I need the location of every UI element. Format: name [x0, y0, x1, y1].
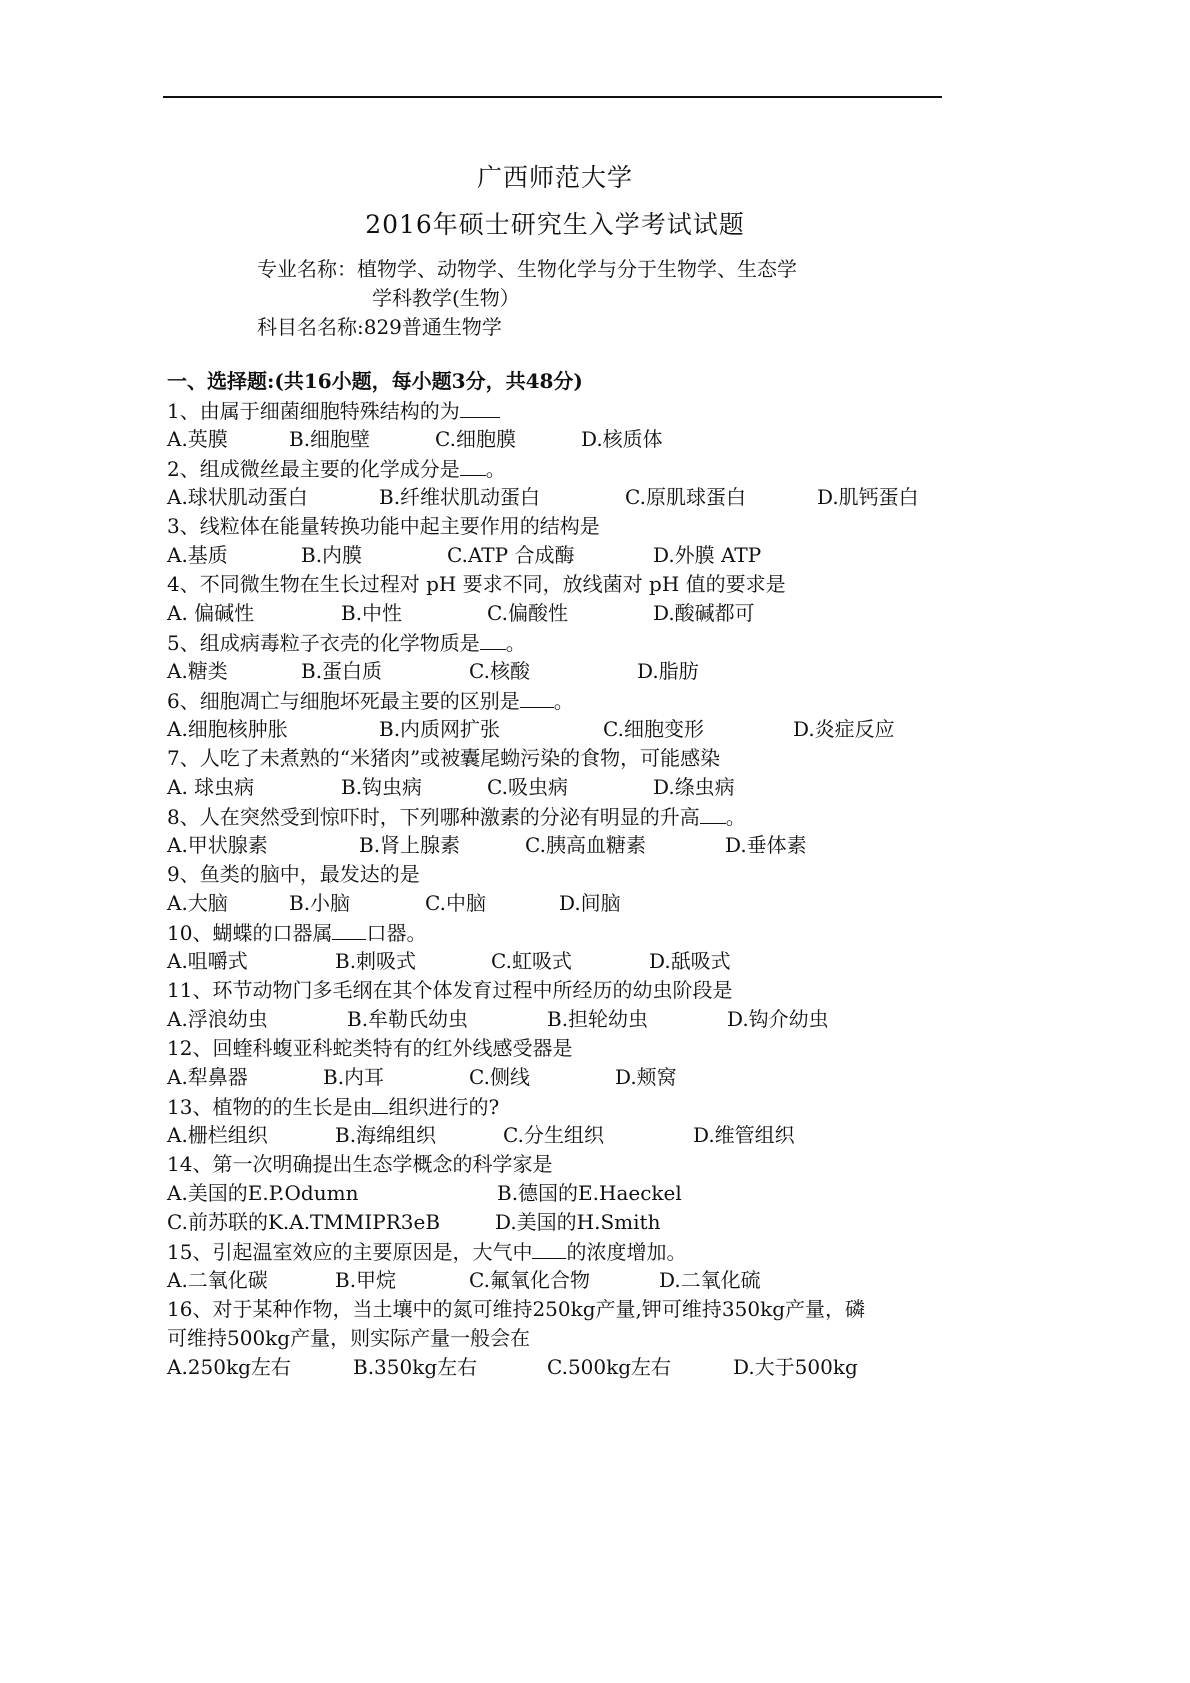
option-c: B.担轮幼虫 [547, 1006, 648, 1032]
option-b: B.肾上腺素 [359, 832, 460, 858]
option-a: A.二氧化碳 [167, 1267, 268, 1293]
question-stem: 16、对于某种作物，当土壤中的氮可维持250kg产量,钾可维持350kg产量，磷 [167, 1296, 865, 1322]
question-stem: 3、线粒体在能量转换功能中起主要作用的结构是 [167, 513, 600, 539]
question-text: 10、蝴蝶的口器属 [167, 921, 332, 945]
question-tail: 口器。 [366, 921, 426, 945]
question-stem: 5、组成病毒粒子衣壳的化学物质是。 [167, 629, 526, 655]
option-d: D.核质体 [581, 426, 663, 452]
answer-blank [700, 803, 726, 824]
question-tail: 的浓度增加。 [566, 1240, 686, 1264]
option-a: A. 球虫病 [167, 774, 254, 800]
option-d: D.垂体素 [725, 832, 807, 858]
option-b: B.纤维状肌动蛋白 [379, 484, 540, 510]
option-b: B.内膜 [301, 542, 362, 568]
option-d: D.美国的H.Smith [495, 1209, 660, 1235]
question-text: 16、对于某种作物，当土壤中的氮可维持250kg产量,钾可维持350kg产量，磷 [167, 1297, 865, 1321]
question-stem: 10、蝴蝶的口器属口器。 [167, 919, 426, 945]
question-stem: 12、回蝰科蝮亚科蛇类特有的红外线感受器是 [167, 1035, 572, 1061]
option-c: C.氟氧化合物 [469, 1267, 590, 1293]
option-b: B.蛋白质 [301, 658, 382, 684]
major-name: 专业名称：植物学、动物学、生物化学与分于生物学、生态学 [257, 253, 797, 282]
question-tail: 组织进行的? [388, 1095, 499, 1119]
question-stem: 2、组成微丝最主要的化学成分是。 [167, 455, 506, 481]
option-b: B.牟勒氏幼虫 [347, 1006, 468, 1032]
university-name: 广西师范大学 [0, 158, 1110, 194]
option-d: D.钩介幼虫 [727, 1006, 829, 1032]
option-a: A.球状肌动蛋白 [167, 484, 308, 510]
option-a: A.英膜 [167, 426, 228, 452]
option-d: D.脂肪 [637, 658, 699, 684]
option-a: A.美国的E.P.Odumn [167, 1180, 358, 1206]
option-d: D.外膜 ATP [653, 542, 761, 568]
option-c: C.细胞变形 [603, 716, 704, 742]
option-b: B.钩虫病 [341, 774, 422, 800]
question-tail: 。 [554, 689, 574, 713]
option-b: B.甲烷 [335, 1267, 396, 1293]
option-b: B.德国的E.Haeckel [497, 1180, 682, 1206]
option-d: D.维管组织 [693, 1122, 795, 1148]
question-tail: 。 [486, 457, 506, 481]
question-text: 6、细胞凋亡与细胞坏死最主要的区别是 [167, 689, 520, 713]
option-b: B.小脑 [289, 890, 350, 916]
option-b: B.内质网扩张 [379, 716, 500, 742]
question-text: 8、人在突然受到惊吓时，下列哪种激素的分泌有明显的升高 [167, 805, 700, 829]
option-c: C.ATP 合成酶 [447, 542, 574, 568]
option-a: A.大脑 [167, 890, 228, 916]
question-stem: 15、引起温室效应的主要原因是，大气中的浓度增加。 [167, 1238, 686, 1264]
option-a: A.甲状腺素 [167, 832, 268, 858]
option-c: C.分生组织 [503, 1122, 604, 1148]
subject-name: 科目名名称:829普通生物学 [257, 311, 502, 340]
option-d: D.间脑 [559, 890, 621, 916]
question-text: 14、第一次明确提出生态学概念的科学家是 [167, 1152, 552, 1176]
question-text: 12、回蝰科蝮亚科蛇类特有的红外线感受器是 [167, 1036, 572, 1060]
option-b: B.内耳 [323, 1064, 384, 1090]
question-text: 13、植物的的生长是由 [167, 1095, 372, 1119]
option-b: B.中性 [341, 600, 402, 626]
question-tail: 。 [506, 631, 526, 655]
option-d: D.绦虫病 [653, 774, 735, 800]
option-b: B.细胞壁 [289, 426, 370, 452]
option-c: C.中脑 [425, 890, 486, 916]
option-a: A.犁鼻器 [167, 1064, 248, 1090]
option-c: C.偏酸性 [487, 600, 568, 626]
option-c: C.500kg左右 [547, 1354, 671, 1380]
option-c: C.细胞膜 [435, 426, 516, 452]
option-a: A.浮浪幼虫 [167, 1006, 268, 1032]
option-d: D.二氧化硫 [659, 1267, 761, 1293]
option-c: C.侧线 [469, 1064, 530, 1090]
option-a: A.咀嚼式 [167, 948, 248, 974]
option-b: B.海绵组织 [335, 1122, 436, 1148]
option-d: D.舐吸式 [649, 948, 731, 974]
option-c: C.虹吸式 [491, 948, 572, 974]
option-c: C.前苏联的K.A.TMMIPR3eB [167, 1209, 440, 1235]
option-a: A.糖类 [167, 658, 228, 684]
option-c: C.原肌球蛋白 [625, 484, 746, 510]
question-stem: 7、人吃了未煮熟的“米猪肉”或被囊尾蚴污染的食物，可能感染 [167, 745, 720, 771]
option-c: C.核酸 [469, 658, 530, 684]
question-tail: 。 [726, 805, 746, 829]
question-stem: 11、环节动物门多毛纲在其个体发育过程中所经历的幼虫阶段是 [167, 977, 732, 1003]
section-heading: 一、选择题:(共16小题，每小题3分，共48分) [167, 368, 583, 394]
option-c: C.吸虫病 [487, 774, 568, 800]
option-a: A. 偏碱性 [167, 600, 254, 626]
question-stem: 1、由属于细菌细胞特殊结构的为 [167, 397, 500, 423]
answer-blank [332, 919, 366, 940]
question-text: 3、线粒体在能量转换功能中起主要作用的结构是 [167, 514, 600, 538]
question-text: 15、引起温室效应的主要原因是，大气中 [167, 1240, 532, 1264]
question-stem: 8、人在突然受到惊吓时，下列哪种激素的分泌有明显的升高。 [167, 803, 746, 829]
option-d: D.颊窝 [615, 1064, 677, 1090]
header-rule [163, 96, 942, 98]
question-text: 4、不同微生物在生长过程对 pH 要求不同，放线菌对 pH 值的要求是 [167, 572, 786, 596]
exam-title: 2016年硕士研究生入学考试试题 [0, 205, 1110, 241]
major-name-continued: 学科教学(生物） [372, 282, 520, 311]
option-d: D.大于500kg [733, 1354, 858, 1380]
question-text: 2、组成微丝最主要的化学成分是 [167, 457, 460, 481]
question-text: 9、鱼类的脑中，最发达的是 [167, 862, 420, 886]
option-a: A.细胞核肿胀 [167, 716, 288, 742]
option-a: A.栅栏组织 [167, 1122, 268, 1148]
option-d: D.肌钙蛋白 [817, 484, 919, 510]
question-stem: 9、鱼类的脑中，最发达的是 [167, 861, 420, 887]
question-text: 11、环节动物门多毛纲在其个体发育过程中所经历的幼虫阶段是 [167, 978, 732, 1002]
question-text: 1、由属于细菌细胞特殊结构的为 [167, 399, 460, 423]
question-stem-continued: 可维持500kg产量，则实际产量一般会在 [167, 1325, 530, 1351]
question-stem: 4、不同微生物在生长过程对 pH 要求不同，放线菌对 pH 值的要求是 [167, 571, 786, 597]
question-stem: 14、第一次明确提出生态学概念的科学家是 [167, 1151, 552, 1177]
answer-blank [520, 687, 554, 708]
option-a: A.基质 [167, 542, 228, 568]
answer-blank [460, 455, 486, 476]
question-stem: 13、植物的的生长是由组织进行的? [167, 1093, 499, 1119]
option-d: D.炎症反应 [793, 716, 895, 742]
option-b: B.350kg左右 [353, 1354, 477, 1380]
question-text: 7、人吃了未煮熟的“米猪肉”或被囊尾蚴污染的食物，可能感染 [167, 746, 720, 770]
answer-blank [460, 397, 500, 418]
answer-blank [480, 629, 506, 650]
answer-blank [372, 1093, 388, 1114]
question-text-continued: 可维持500kg产量，则实际产量一般会在 [167, 1326, 530, 1350]
option-b: B.刺吸式 [335, 948, 416, 974]
option-a: A.250kg左右 [167, 1354, 291, 1380]
option-c: C.胰高血糖素 [525, 832, 646, 858]
option-d: D.酸碱都可 [653, 600, 755, 626]
answer-blank [532, 1238, 566, 1259]
question-text: 5、组成病毒粒子衣壳的化学物质是 [167, 631, 480, 655]
question-stem: 6、细胞凋亡与细胞坏死最主要的区别是。 [167, 687, 574, 713]
